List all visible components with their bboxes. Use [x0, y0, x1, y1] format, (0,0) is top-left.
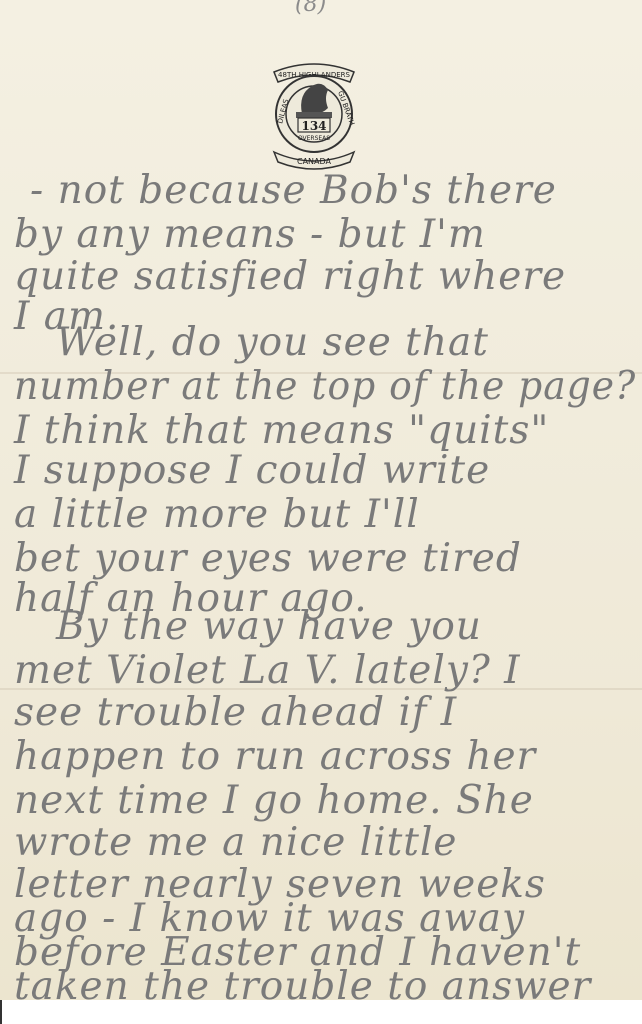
scan-edge [0, 1000, 2, 1024]
letter-line: see trouble ahead if I [14, 690, 457, 735]
letter-line: I suppose I could write [14, 448, 490, 493]
letter-line: happen to run across her [14, 734, 536, 779]
svg-text:OVERSEAS: OVERSEAS [298, 135, 330, 142]
letter-line: I think that means "quits" [14, 408, 549, 453]
regimental-crest-icon: 48TH HIGHLANDERS DILEAS GU BRATH 134 OVE… [266, 58, 362, 170]
letter-line: wrote me a nice little [14, 820, 458, 865]
letter-line: taken the trouble to answer [14, 964, 591, 1009]
letter-line: - not because Bob's there [30, 168, 557, 213]
letter-line: number at the top of the page? [14, 364, 636, 409]
letter-line: a little more but I'll [14, 492, 420, 537]
letter-page: (8) 48TH HIGHLANDERS DILEAS GU BRATH 134… [0, 0, 642, 1000]
svg-text:CANADA: CANADA [297, 157, 332, 166]
letter-line: By the way have you [56, 604, 482, 649]
letter-line: bet your eyes were tired [14, 536, 522, 581]
letter-line: quite satisfied right where [14, 254, 566, 299]
svg-text:134: 134 [301, 119, 326, 133]
page-number: (8) [295, 0, 326, 17]
letter-line: next time I go home. She [14, 778, 534, 823]
letter-line: Well, do you see that [56, 320, 489, 365]
letter-line: met Violet La V. lately? I [14, 648, 521, 693]
letter-line: by any means - but I'm [14, 212, 486, 257]
